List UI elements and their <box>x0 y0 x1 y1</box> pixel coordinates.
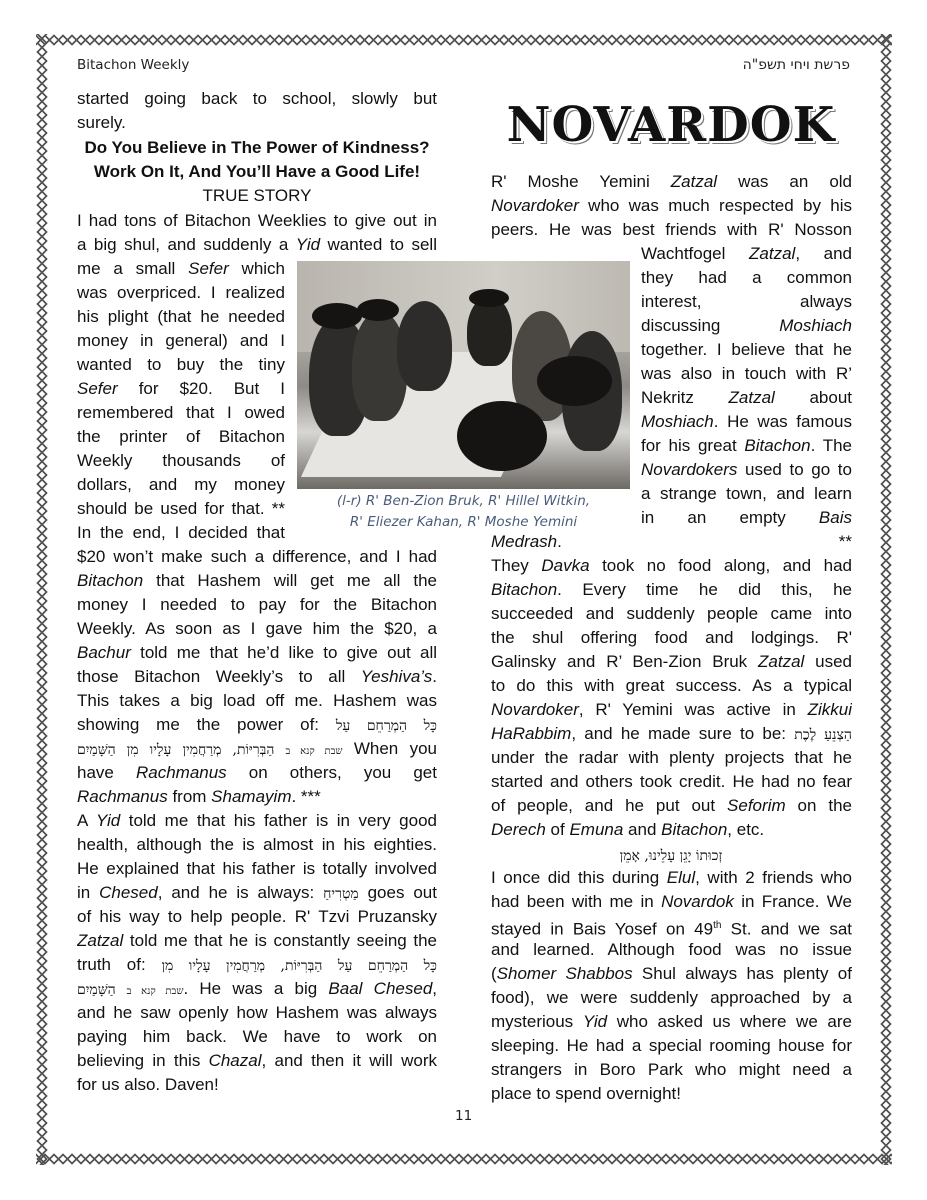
body-line: remembered that I owed <box>77 401 285 425</box>
body-line: שבת קנא ב הַבְּרִיּוֹת, מְרַחֲמִין עָלָי… <box>77 737 437 761</box>
text-run: they had a common <box>641 268 852 287</box>
body-line: dollars, and my money <box>77 473 285 497</box>
body-line: started and others took credit. He had n… <box>491 770 852 794</box>
text-run: Weekly thousands of <box>77 451 285 470</box>
text-run: . The <box>811 436 852 455</box>
text-run: from <box>168 787 211 806</box>
body-line: Wachtfogel Zatzal, and <box>641 242 852 266</box>
text-run: in <box>77 883 99 902</box>
body-line: He explained that his father is totally … <box>77 857 437 881</box>
text-run: peers. He was best friends with R' Nosso… <box>491 220 852 239</box>
body-line: his plight (that he needed <box>77 305 285 329</box>
italic-term: Bitachon <box>661 820 727 839</box>
italic-term: Sefer <box>77 379 118 398</box>
text-run: succeeded and suddenly people came into <box>491 604 852 623</box>
italic-term: Shamayim <box>211 787 291 806</box>
text-run: about <box>775 388 852 407</box>
italic-term: Bais <box>819 508 852 527</box>
body-line: Nekritz Zatzal about <box>641 386 852 410</box>
italic-term: Baal Chesed <box>328 979 432 998</box>
body-line: believing in this Chazal, and then it wi… <box>77 1049 437 1073</box>
body-line: had been with me in Novardok in France. … <box>491 890 852 914</box>
photo-caption: (l-r) R' Ben-Zion Bruk, R' Hillel Witkin… <box>297 491 630 533</box>
italic-term: Novardokers <box>641 460 737 479</box>
text-run: on others, you get <box>227 763 437 782</box>
border-bottom <box>36 1153 892 1165</box>
body-line: in Chesed, and he is always: מַטְרִיחַ g… <box>77 881 437 905</box>
headline-line-1: Do You Believe in The Power of Kindness? <box>68 136 446 160</box>
italic-term: Zikkui <box>808 700 852 719</box>
body-line: שבת קנא ב הַשָּׁמַיִם. He was a big Baal… <box>77 977 437 1001</box>
text-run: goes out <box>359 883 437 902</box>
body-line: They Davka took no food along, and had <box>491 554 852 578</box>
body-line: (Shomer Shabbos Shul always has plenty o… <box>491 962 852 986</box>
italic-term: Elul <box>667 868 695 887</box>
text-run: truth of: <box>77 955 161 974</box>
text-run: I had tons of Bitachon Weeklies to give … <box>77 211 437 230</box>
text-run: on the <box>786 796 852 815</box>
hebrew-quote: שבת קנא ב <box>286 746 343 757</box>
text-run: the shul offering food and lodgings. R' <box>491 628 852 647</box>
body-line: I had tons of Bitachon Weeklies to give … <box>77 209 437 233</box>
body-line: wanted to buy the tiny <box>77 353 285 377</box>
body-line: Weekly. As soon as I gave him the $20, a <box>77 617 437 641</box>
italic-term: Derech <box>491 820 546 839</box>
text-run: which <box>229 259 285 278</box>
intro-line: surely. <box>77 111 437 135</box>
text-run: discussing <box>641 316 779 335</box>
italic-term: Novardoker <box>491 700 579 719</box>
text-run: sleeping. He had a special rooming house… <box>491 1036 852 1055</box>
body-line: and learned. Although food was no issue <box>491 938 852 962</box>
text-run: St. and we sat <box>721 920 852 938</box>
text-run: for $20. But I <box>118 379 285 398</box>
italic-term: Zatzal <box>758 652 804 671</box>
text-run: . *** <box>291 787 320 806</box>
text-run: was also in touch with R’ <box>641 364 852 383</box>
body-line: peers. He was best friends with R' Nosso… <box>491 218 852 242</box>
text-run: was an old <box>717 172 852 191</box>
text-run: started and others took credit. He had n… <box>491 772 852 791</box>
body-line: Zatzal told me that he is constantly see… <box>77 929 437 953</box>
body-line: strangers in Boro Park who might need a <box>491 1058 852 1082</box>
text-run: , with 2 friends who <box>695 868 852 887</box>
body-line: Bachur told me that he’d like to give ou… <box>77 641 437 665</box>
text-run: He explained that his father is totally … <box>77 859 437 878</box>
newsletter-page: Bitachon Weekly פרשת ויחי תשפ"ה started … <box>0 0 927 1200</box>
photo-hat <box>537 356 612 406</box>
text-run: and he saw openly how Hashem was always <box>77 1003 437 1022</box>
body-line: Medrash. ** <box>491 530 852 554</box>
text-run: , etc. <box>727 820 764 839</box>
text-run: dollars, and my money <box>77 475 285 494</box>
body-line: This takes a big load off me. Hashem was <box>77 689 437 713</box>
text-run: $20 won’t make such a difference, and I … <box>77 547 437 566</box>
body-line: was also in touch with R’ <box>641 362 852 386</box>
italic-term: Zatzal <box>749 244 795 263</box>
text-run: money I needed to pay for the Bitachon <box>77 595 437 614</box>
body-line: discussing Moshiach <box>641 314 852 338</box>
photo-hat <box>312 303 362 329</box>
text-run: When you <box>343 739 437 758</box>
text-run: in France. We <box>734 892 852 911</box>
text-run: of people, and he put out <box>491 796 727 815</box>
body-line: sleeping. He had a special rooming house… <box>491 1034 852 1058</box>
text-run: This takes a big load off me. Hashem was <box>77 691 437 710</box>
text-run: strangers in Boro Park who might need a <box>491 1060 852 1079</box>
text-run: Shul always has plenty of <box>633 964 852 983</box>
italic-term: Zatzal <box>77 931 123 950</box>
text-run: They <box>491 556 541 575</box>
text-run: . Every time he did this, he <box>557 580 852 599</box>
italic-term: Sefer <box>188 259 229 278</box>
body-line: in an empty Bais <box>641 506 852 530</box>
text-run: was overpriced. I realized <box>77 283 285 302</box>
body-line: for his great Bitachon. The <box>641 434 852 458</box>
body-line: $20 won’t make such a difference, and I … <box>77 545 437 569</box>
body-line: mysterious Yid who asked us where we are <box>491 1010 852 1034</box>
text-run: R' Moshe Yemini <box>491 172 671 191</box>
text-run: to do this with great success. As a typi… <box>491 676 852 695</box>
body-line: under the radar with plenty projects tha… <box>491 746 852 770</box>
italic-term: Chazal <box>209 1051 262 1070</box>
body-line: A Yid told me that his father is in very… <box>77 809 437 833</box>
text-run: had been with me in <box>491 892 661 911</box>
text-run: , and <box>795 244 852 263</box>
body-line: place to spend overnight! <box>491 1082 852 1106</box>
text-run: told me that he’d like to give out all <box>131 643 437 662</box>
body-line: a big shul, and suddenly a Yid wanted to… <box>77 233 437 257</box>
intro-line: started going back to school, slowly but <box>77 87 437 111</box>
parsha-header: פרשת ויחי תשפ"ה <box>743 57 850 73</box>
italic-term: Bitachon <box>491 580 557 599</box>
text-run: I once did this during <box>491 868 667 887</box>
italic-term: Chesed <box>99 883 158 902</box>
text-run: wanted to buy the tiny <box>77 355 285 374</box>
blessing-line: זְכוּתוֹ יָגֵן עָלֵינוּ, אָמֵן <box>490 844 852 868</box>
body-line: of people, and he put out Seforim on the <box>491 794 852 818</box>
text-run: , and he is always: <box>158 883 323 902</box>
group-photo <box>297 261 630 489</box>
hebrew-quote: כָּל הַמְרַחֵם עַל הַבְּרִיּוֹת, מְרַחֲמ… <box>161 958 437 974</box>
italic-term: Yid <box>96 811 120 830</box>
body-line: Galinsky and R’ Ben-Zion Bruk Zatzal use… <box>491 650 852 674</box>
photo-hat <box>457 401 547 471</box>
text-run: of his way to help people. R' Tzvi Pruza… <box>77 907 437 926</box>
italic-term: Yid <box>296 235 320 254</box>
border-left <box>36 34 48 1165</box>
text-run: food), we were suddenly approached by a <box>491 988 852 1007</box>
headline-line-2: Work On It, And You’ll Have a Good Life! <box>68 160 446 184</box>
body-line: Novardokers used to go to <box>641 458 852 482</box>
body-line: for us also. Daven! <box>77 1073 437 1097</box>
body-line: succeeded and suddenly people came into <box>491 602 852 626</box>
text-run: that Hashem will get me all the <box>143 571 437 590</box>
body-line: Moshiach. He was famous <box>641 410 852 434</box>
italic-term: Zatzal <box>729 388 775 407</box>
body-line: money in general) and I <box>77 329 285 353</box>
body-line: Bitachon that Hashem will get me all the <box>77 569 437 593</box>
italic-term: Bitachon <box>77 571 143 590</box>
body-line: paying him back. We have to work on <box>77 1025 437 1049</box>
text-run: showing me the power of: <box>77 715 336 734</box>
text-run: . <box>432 667 437 686</box>
text-run: remembered that I owed <box>77 403 285 422</box>
hebrew-quote: הַבְּרִיּוֹת, מְרַחֲמִין עָלָיו מִן הַשָ… <box>77 742 286 758</box>
text-run: money in general) and I <box>77 331 285 350</box>
body-line: R' Moshe Yemini Zatzal was an old <box>491 170 852 194</box>
italic-term: Shomer Shabbos <box>497 964 633 983</box>
text-run: believing in this <box>77 1051 209 1070</box>
body-line: HaRabbim, and he made sure to be: הַצְנֵ… <box>491 722 852 746</box>
hebrew-quote: הַשָּׁמַיִם <box>77 982 127 998</box>
body-line: stayed in Bais Yosef on 49th St. and we … <box>491 914 852 938</box>
text-run: , R' Yemini was active in <box>579 700 808 719</box>
photo-caption-line-1: (l-r) R' Ben-Zion Bruk, R' Hillel Witkin… <box>297 491 630 512</box>
text-run: who asked us where we are <box>607 1012 852 1031</box>
body-line: interest, always <box>641 290 852 314</box>
hebrew-quote: כָּל הַמְרַחֵם עַל <box>336 718 437 734</box>
body-line: Rachmanus from Shamayim. *** <box>77 785 437 809</box>
body-line: Bitachon. Every time he did this, he <box>491 578 852 602</box>
text-run: for us also. Daven! <box>77 1075 219 1094</box>
body-line: Sefer for $20. But I <box>77 377 285 401</box>
italic-term: Zatzal <box>671 172 717 191</box>
text-run: those Bitachon Weekly’s to all <box>77 667 361 686</box>
text-run: . ** <box>557 532 852 551</box>
text-run: . He was a big <box>183 979 328 998</box>
body-line: Novardoker who was much respected by his <box>491 194 852 218</box>
italic-term: Bitachon <box>744 436 810 455</box>
photo-figure <box>397 301 452 391</box>
text-run: A <box>77 811 96 830</box>
text-run: , and then it will work <box>262 1051 438 1070</box>
text-run: of <box>546 820 570 839</box>
text-run: used <box>804 652 852 671</box>
italic-term: Davka <box>541 556 589 575</box>
body-line: Derech of Emuna and Bitachon, etc. <box>491 818 852 842</box>
text-run: stayed in Bais Yosef on 49 <box>491 920 713 938</box>
border-right <box>880 34 892 1165</box>
photo-hat <box>357 299 399 321</box>
text-run: for his great <box>641 436 744 455</box>
text-run: Nekritz <box>641 388 729 407</box>
italic-term: Seforim <box>727 796 786 815</box>
body-line: those Bitachon Weekly’s to all Yeshiva’s… <box>77 665 437 689</box>
text-run: his plight (that he needed <box>77 307 285 326</box>
text-run: under the radar with plenty projects tha… <box>491 748 852 767</box>
body-line: Weekly thousands of <box>77 449 285 473</box>
text-run: and <box>623 820 661 839</box>
body-line: was overpriced. I realized <box>77 281 285 305</box>
text-run: place to spend overnight! <box>491 1084 681 1103</box>
body-line: the printer of Bitachon <box>77 425 285 449</box>
text-run: wanted to sell <box>320 235 437 254</box>
publication-name: Bitachon Weekly <box>77 57 189 73</box>
text-run: took no food along, and had <box>590 556 852 575</box>
body-line: I once did this during Elul, with 2 frie… <box>491 866 852 890</box>
italic-term: Emuna <box>569 820 623 839</box>
body-line: have Rachmanus on others, you get <box>77 761 437 785</box>
text-run: a strange town, and learn <box>641 484 852 503</box>
body-line: together. I believe that he <box>641 338 852 362</box>
body-line: should be used for that. ** <box>77 497 285 521</box>
text-run: paying him back. We have to work on <box>77 1027 437 1046</box>
hebrew-quote: שבת קנא ב <box>127 986 184 997</box>
italic-term: Rachmanus <box>77 787 168 806</box>
true-story-subhead: TRUE STORY <box>68 184 446 208</box>
text-run: In the end, I decided that <box>77 523 285 542</box>
body-line: In the end, I decided that <box>77 521 285 545</box>
text-run: the printer of Bitachon <box>77 427 285 446</box>
text-run: . He was famous <box>714 412 852 431</box>
text-run: health, although the is almost in his ei… <box>77 835 437 854</box>
body-line: truth of: כָּל הַמְרַחֵם עַל הַבְּרִיּוֹ… <box>77 953 437 977</box>
italic-term: Novardok <box>661 892 734 911</box>
body-line: me a small Sefer which <box>77 257 285 281</box>
text-run: Galinsky and R’ Ben-Zion Bruk <box>491 652 758 671</box>
body-line: of his way to help people. R' Tzvi Pruza… <box>77 905 437 929</box>
italic-term: Moshiach <box>779 316 852 335</box>
body-line: food), we were suddenly approached by a <box>491 986 852 1010</box>
text-run: told me that his father is in very good <box>120 811 437 830</box>
page-number: 11 <box>455 1108 472 1124</box>
text-run: in an empty <box>641 508 819 527</box>
body-line: showing me the power of: כָּל הַמְרַחֵם … <box>77 713 437 737</box>
text-run: and learned. Although food was no issue <box>491 940 852 959</box>
body-line: a strange town, and learn <box>641 482 852 506</box>
text-run: have <box>77 763 136 782</box>
body-line: they had a common <box>641 266 852 290</box>
italic-term: Moshiach <box>641 412 714 431</box>
text-run: interest, always <box>641 292 852 311</box>
body-line: to do this with great success. As a typi… <box>491 674 852 698</box>
text-run: together. I believe that he <box>641 340 852 359</box>
border-top <box>36 34 892 46</box>
italic-term: Yid <box>583 1012 607 1031</box>
article-title: NOVARDOK <box>490 97 852 153</box>
body-line: the shul offering food and lodgings. R' <box>491 626 852 650</box>
text-run: me a small <box>77 259 188 278</box>
italic-term: Medrash <box>491 532 557 551</box>
photo-hat <box>469 289 509 307</box>
text-run: used to go to <box>737 460 852 479</box>
italic-term: HaRabbim <box>491 724 571 743</box>
hebrew-quote: מַטְרִיחַ <box>323 886 359 902</box>
text-run: mysterious <box>491 1012 583 1031</box>
text-run: a big shul, and suddenly a <box>77 235 296 254</box>
italic-term: Novardoker <box>491 196 579 215</box>
text-run: , <box>432 979 437 998</box>
body-line: and he saw openly how Hashem was always <box>77 1001 437 1025</box>
text-run: told me that he is constantly seeing the <box>123 931 437 950</box>
text-run: Wachtfogel <box>641 244 749 263</box>
italic-term: Rachmanus <box>136 763 227 782</box>
body-line: health, although the is almost in his ei… <box>77 833 437 857</box>
text-run: should be used for that. ** <box>77 499 285 518</box>
italic-term: Yeshiva’s <box>361 667 433 686</box>
italic-term: Bachur <box>77 643 131 662</box>
hebrew-quote: הַצְנֵעַ לֶכֶת <box>794 727 852 743</box>
body-line: money I needed to pay for the Bitachon <box>77 593 437 617</box>
body-line: Novardoker, R' Yemini was active in Zikk… <box>491 698 852 722</box>
text-run: , and he made sure to be: <box>571 724 794 743</box>
text-run: Weekly. As soon as I gave him the $20, a <box>77 619 437 638</box>
text-run: who was much respected by his <box>579 196 852 215</box>
